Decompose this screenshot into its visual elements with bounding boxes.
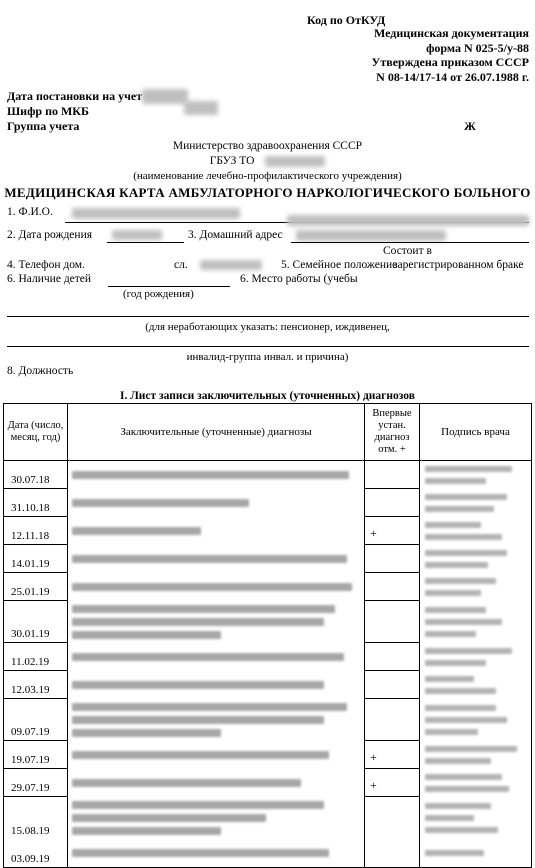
redacted-diagnosis-text	[68, 699, 365, 741]
redacted-doctor-signature	[420, 671, 531, 699]
redacted-diagnosis-text	[68, 489, 365, 517]
redacted-doctor-signature	[420, 769, 531, 797]
facility-line: ГБУЗ ТО	[0, 155, 535, 168]
table-row: 29.07.19+	[4, 769, 531, 797]
diagnosis-date: 12.03.19	[4, 671, 68, 699]
header-diagnosis-column: Заключительные (уточненные) диагнозы	[68, 404, 365, 460]
table-row: 09.07.19	[4, 699, 531, 741]
redacted-text-line	[425, 660, 486, 666]
children-label: 6. Наличие детей	[7, 273, 91, 286]
redacted-address-line1	[287, 215, 529, 226]
fio-label: 1. Ф.И.О.	[7, 206, 53, 219]
redacted-birth-date	[112, 230, 162, 240]
redacted-doctor-signature	[420, 489, 531, 517]
doc-approval-line: N 08-14/17-14 от 26.07.1988 г.	[372, 70, 529, 85]
diagnosis-date: 11.02.19	[4, 643, 68, 671]
medical-card-page: Код по ОтКУД Медицинская документация фо…	[0, 0, 535, 868]
table-row: 31.10.18	[4, 489, 531, 517]
redacted-diagnosis-text	[68, 769, 365, 797]
redacted-mkb-code	[184, 101, 218, 115]
redacted-doctor-signature	[420, 573, 531, 601]
first-established-flag: +	[365, 517, 420, 545]
diagnosis-date: 14.01.19	[4, 545, 68, 573]
redacted-text-line	[425, 827, 498, 833]
redacted-diagnosis-text	[68, 797, 365, 839]
redacted-doctor-signature	[420, 461, 531, 489]
diagnosis-date: 09.07.19	[4, 699, 68, 741]
redacted-text-line	[72, 555, 347, 563]
first-established-flag	[365, 461, 420, 489]
diagnosis-date: 30.07.18	[4, 461, 68, 489]
first-established-flag	[365, 699, 420, 741]
redacted-diagnosis-text	[68, 545, 365, 573]
redacted-text-line	[72, 653, 344, 661]
redacted-diagnosis-text	[68, 601, 365, 643]
redacted-text-line	[72, 631, 221, 639]
redacted-text-line	[425, 717, 507, 723]
diagnosis-rows: 30.07.1831.10.1812.11.18+14.01.1925.01.1…	[4, 461, 531, 867]
facility-prefix: ГБУЗ ТО	[210, 155, 255, 167]
header-signature-column: Подпись врача	[420, 404, 531, 460]
redacted-text-line	[72, 499, 249, 507]
diagnosis-date: 19.07.19	[4, 741, 68, 769]
birth-date-underline	[107, 242, 184, 243]
redacted-text-line	[425, 786, 509, 792]
table-row: 03.09.19	[4, 839, 531, 867]
first-established-flag	[365, 573, 420, 601]
marital-status-value-line1: Состоит в	[383, 245, 432, 258]
redacted-registration-date	[142, 89, 188, 104]
redacted-address-line2	[296, 230, 446, 241]
redacted-text-line	[72, 814, 266, 822]
header-date-column: Дата (число, месяц, год)	[4, 404, 68, 460]
redacted-text-line	[72, 583, 352, 591]
redacted-text-line	[425, 494, 507, 500]
redacted-text-line	[425, 522, 481, 528]
redacted-doctor-signature	[420, 517, 531, 545]
gender-value: Ж	[464, 119, 476, 133]
redacted-text-line	[72, 827, 221, 835]
redacted-text-line	[72, 527, 201, 535]
redacted-text-line	[72, 703, 347, 711]
workplace-caption-line2: инвалид-группа инвал. и причина)	[0, 351, 535, 364]
table-row: 12.11.18+	[4, 517, 531, 545]
redacted-text-line	[72, 716, 324, 724]
redacted-doctor-signature	[420, 699, 531, 741]
doc-approval-line: Медицинская документация	[372, 26, 529, 41]
first-established-flag	[365, 671, 420, 699]
first-established-flag	[365, 643, 420, 671]
redacted-work-phone	[200, 260, 262, 270]
account-group-label: Группа учета	[7, 119, 79, 133]
redacted-facility-name	[265, 156, 325, 167]
registration-date-label: Дата постановки на учет	[7, 89, 142, 103]
ministry-line: Министерство здравоохранения СССР	[0, 140, 535, 153]
marital-status-label: 5. Семейное положение	[281, 259, 397, 272]
diagnosis-date: 03.09.19	[4, 839, 68, 867]
diagnosis-date: 15.08.19	[4, 797, 68, 839]
redacted-text-line	[425, 506, 494, 512]
facility-caption: (наименование лечебно-профилактического …	[0, 170, 535, 183]
first-established-flag	[365, 489, 420, 517]
position-label: 8. Должность	[7, 365, 73, 378]
redacted-text-line	[425, 466, 512, 472]
redacted-text-line	[72, 779, 301, 787]
children-underline	[108, 286, 230, 287]
redacted-text-line	[425, 478, 486, 484]
diagnosis-date: 29.07.19	[4, 769, 68, 797]
redacted-text-line	[425, 534, 502, 540]
redacted-doctor-signature	[420, 545, 531, 573]
redacted-text-line	[425, 688, 496, 694]
table-row: 19.07.19+	[4, 741, 531, 769]
redacted-diagnosis-text	[68, 741, 365, 769]
table-row: 11.02.19	[4, 643, 531, 671]
redacted-text-line	[425, 774, 502, 780]
redacted-text-line	[425, 631, 476, 637]
doc-approval-line: Утверждена приказом СССР	[372, 55, 529, 70]
mkb-code-label: Шифр по МКБ	[7, 104, 89, 118]
workplace-line2	[7, 346, 529, 347]
table-row: 12.03.19	[4, 671, 531, 699]
redacted-text-line	[425, 746, 517, 752]
diagnosis-table-title: I. Лист записи заключительных (уточненны…	[0, 390, 535, 402]
redacted-text-line	[425, 619, 502, 625]
diagnosis-date: 31.10.18	[4, 489, 68, 517]
redacted-text-line	[425, 578, 496, 584]
redacted-text-line	[72, 849, 329, 857]
redacted-diagnosis-text	[68, 671, 365, 699]
redacted-text-line	[425, 705, 496, 711]
redacted-text-line	[425, 850, 484, 856]
diagnosis-date: 30.01.19	[4, 601, 68, 643]
redacted-text-line	[425, 607, 486, 613]
home-phone-label: 4. Телефон дом.	[7, 259, 85, 272]
first-established-flag	[365, 545, 420, 573]
redacted-text-line	[425, 676, 474, 682]
diagnosis-table: Дата (число, месяц, год) Заключительные …	[3, 403, 532, 868]
diagnosis-date: 12.11.18	[4, 517, 68, 545]
workplace-label: 6. Место работы (учебы	[240, 273, 358, 286]
redacted-doctor-signature	[420, 643, 531, 671]
redacted-text-line	[425, 815, 474, 821]
workplace-caption-line1: (для неработающих указать: пенсионер, иж…	[0, 321, 535, 334]
redacted-text-line	[72, 681, 324, 689]
birth-date-label: 2. Дата рождения	[7, 229, 92, 242]
marital-status-value-line2: зарегистрированном браке	[393, 259, 524, 272]
redacted-text-line	[425, 729, 478, 735]
redacted-text-line	[72, 751, 329, 759]
header-first-established-column: Впервые устан. диагноз отм. +	[365, 404, 420, 460]
home-address-label: 3. Домашний адрес	[188, 229, 283, 242]
table-row: 14.01.19	[4, 545, 531, 573]
address-underline	[291, 242, 529, 243]
first-established-flag	[365, 797, 420, 839]
redacted-text-line	[425, 590, 481, 596]
redacted-doctor-signature	[420, 839, 531, 867]
redacted-text-line	[425, 803, 491, 809]
children-caption: (год рождения)	[123, 288, 194, 301]
redacted-diagnosis-text	[68, 839, 365, 867]
redacted-doctor-signature	[420, 741, 531, 769]
table-row: 25.01.19	[4, 573, 531, 601]
redacted-diagnosis-text	[68, 573, 365, 601]
redacted-text-line	[425, 758, 491, 764]
diagnosis-date: 25.01.19	[4, 573, 68, 601]
redacted-diagnosis-text	[68, 461, 365, 489]
table-row: 15.08.19	[4, 797, 531, 839]
form-number-line: форма N 025-5/у-88	[372, 41, 529, 56]
card-title: МЕДИЦИНСКАЯ КАРТА АМБУЛАТОРНОГО НАРКОЛОГ…	[0, 185, 535, 201]
first-established-flag: +	[365, 769, 420, 797]
redacted-text-line	[425, 562, 488, 568]
doc-approval-block: Медицинская документация форма N 025-5/у…	[372, 26, 529, 84]
redacted-text-line	[72, 801, 324, 809]
first-established-flag	[365, 601, 420, 643]
first-established-flag: +	[365, 741, 420, 769]
redacted-text-line	[425, 550, 507, 556]
work-phone-label: сл.	[174, 259, 188, 272]
okud-code-label: Код по ОтКУД	[307, 13, 385, 27]
redacted-text-line	[425, 648, 512, 654]
redacted-text-line	[72, 605, 335, 613]
redacted-doctor-signature	[420, 601, 531, 643]
table-row: 30.01.19	[4, 601, 531, 643]
first-established-flag	[365, 839, 420, 867]
redacted-doctor-signature	[420, 797, 531, 839]
redacted-text-line	[72, 471, 349, 479]
redacted-diagnosis-text	[68, 643, 365, 671]
redacted-diagnosis-text	[68, 517, 365, 545]
redacted-text-line	[72, 729, 221, 737]
diagnosis-table-header: Дата (число, месяц, год) Заключительные …	[4, 404, 531, 461]
redacted-text-line	[72, 618, 324, 626]
table-row: 30.07.18	[4, 461, 531, 489]
redacted-fio-value	[72, 208, 240, 219]
workplace-line1	[7, 316, 529, 317]
